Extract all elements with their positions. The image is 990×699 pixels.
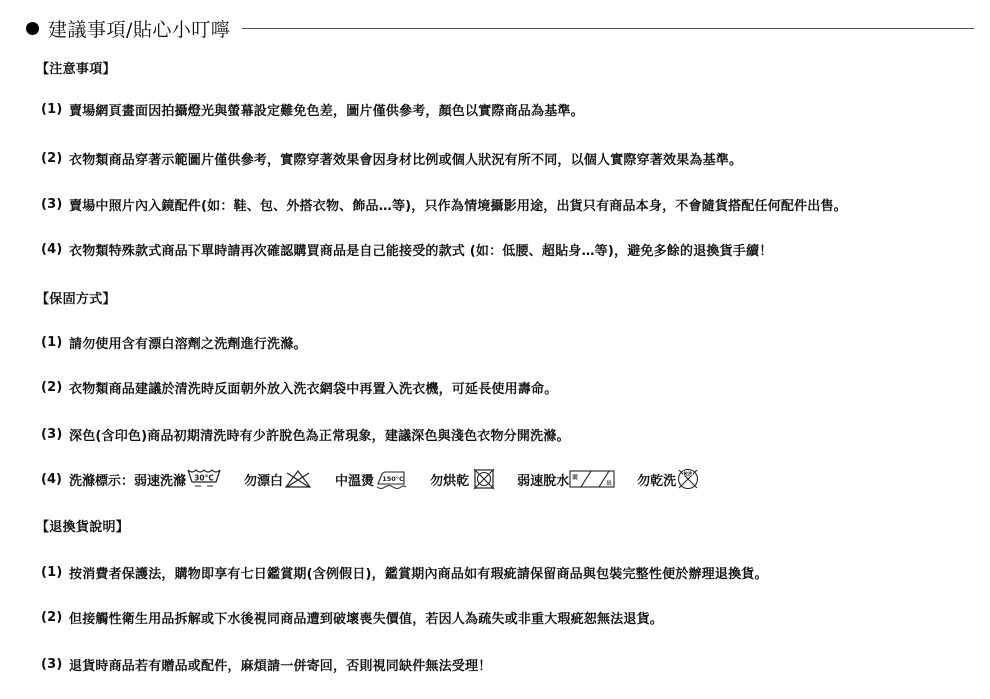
item-number: (3) [41,427,69,442]
item-text: 賣場網頁畫面因拍攝燈光與螢幕設定難免色差，圖片僅供參考，顏色以實際商品為基準。 [69,100,584,119]
notes-item-2: (2) 衣物類商品穿著示範圖片僅供參考，實際穿著效果會因身材比例或個人狀況有所不… [41,149,742,168]
item-text: 賣場中照片內入鏡配件(如：鞋、包、外搭衣物、飾品…等)，只作為情境攝影用途，出貨… [69,195,847,214]
header-divider [242,28,974,29]
care-labels-row: (4) 洗滌標示： 弱速洗滌 30°C 勿漂白 中溫燙 [41,466,722,492]
item-number: (2) [41,151,69,166]
care-symbol-no-tumble-dry: 勿烘乾 [430,468,495,490]
gentle-spin-icon: 弱 出 [569,468,615,490]
item-number: (1) [41,335,69,350]
item-number: (4) [41,242,69,257]
svg-text:出: 出 [606,479,612,487]
item-number: (2) [41,610,69,625]
care-symbol-label: 勿漂白 [244,470,283,489]
item-number: (1) [41,565,69,580]
wash-30c-gentle-icon: 30°C [186,467,222,491]
care-symbol-medium-iron: 中溫燙 150°C [335,467,408,491]
care-symbol-label: 弱速脫水 [517,470,569,489]
bullet-icon [26,22,39,35]
care-item-1: (1) 請勿使用含有漂白溶劑之洗劑進行洗滌。 [41,333,307,352]
iron-150c-icon: 150°C [374,467,408,491]
returns-item-3: (3) 退貨時商品若有贈品或配件，麻煩請一併寄回，否則視同缺件無法受理！ [41,655,491,674]
svg-text:乾洗: 乾洗 [684,470,693,477]
notes-item-3: (3) 賣場中照片內入鏡配件(如：鞋、包、外搭衣物、飾品…等)，只作為情境攝影用… [41,195,847,214]
svg-text:30°C: 30°C [194,474,214,483]
care-symbol-no-bleach: 勿漂白 [244,467,313,491]
page-title: 建議事項/貼心小叮嚀 [48,15,230,42]
care-symbol-label: 勿乾洗 [637,470,676,489]
item-number: (2) [41,380,69,395]
returns-item-2: (2) 但接觸性衛生用品拆解或下水後視同商品遭到破壞喪失價值，若因人為疏失或非重… [41,608,663,627]
item-text: 衣物類特殊款式商品下單時請再次確認購買商品是自己能接受的款式 (如：低腰、超貼身… [69,240,772,259]
no-tumble-dry-icon [473,468,495,490]
section-label-returns: 【退換貨說明】 [36,516,129,535]
section-header: 建議事項/貼心小叮嚀 [26,14,976,42]
no-dry-clean-icon: 乾洗 [676,467,700,491]
svg-text:弱: 弱 [572,473,578,481]
item-number: (3) [41,657,69,672]
care-item-2: (2) 衣物類商品建議於清洗時反面朝外放入洗衣網袋中再置入洗衣機，可延長使用壽命… [41,378,557,397]
care-symbol-gentle-wash: 弱速洗滌 30°C [134,467,222,491]
care-symbol-gentle-spin: 弱速脫水 弱 出 [517,468,615,490]
item-number: (1) [41,102,69,117]
item-text: 按消費者保護法，購物即享有七日鑑賞期(含例假日)，鑑賞期內商品如有瑕疵請保留商品… [69,563,768,582]
section-label-notes: 【注意事項】 [36,58,116,77]
no-bleach-icon [283,467,313,491]
item-number: (4) [41,472,69,487]
svg-text:150°C: 150°C [382,475,404,483]
care-symbol-no-dry-clean: 勿乾洗 乾洗 [637,467,700,491]
item-text: 但接觸性衛生用品拆解或下水後視同商品遭到破壞喪失價值，若因人為疏失或非重大瑕疵恕… [69,608,663,627]
care-item-3: (3) 深色(含印色)商品初期清洗時有少許脫色為正常現象，建議深色與淺色衣物分開… [41,425,570,444]
care-symbol-label: 勿烘乾 [430,470,469,489]
care-symbol-label: 弱速洗滌 [134,470,186,489]
notes-item-4: (4) 衣物類特殊款式商品下單時請再次確認購買商品是自己能接受的款式 (如：低腰… [41,240,772,259]
section-label-care: 【保固方式】 [36,288,116,307]
item-text: 請勿使用含有漂白溶劑之洗劑進行洗滌。 [69,333,307,352]
item-text: 衣物類商品建議於清洗時反面朝外放入洗衣網袋中再置入洗衣機，可延長使用壽命。 [69,378,557,397]
item-text: 深色(含印色)商品初期清洗時有少許脫色為正常現象，建議深色與淺色衣物分開洗滌。 [69,425,570,444]
item-text: 退貨時商品若有贈品或配件，麻煩請一併寄回，否則視同缺件無法受理！ [69,655,491,674]
returns-item-1: (1) 按消費者保護法，購物即享有七日鑑賞期(含例假日)，鑑賞期內商品如有瑕疵請… [41,563,768,582]
care-symbol-label: 中溫燙 [335,470,374,489]
item-number: (3) [41,197,69,212]
care-labels-prefix: 洗滌標示： [69,470,134,489]
item-text: 衣物類商品穿著示範圖片僅供參考，實際穿著效果會因身材比例或個人狀況有所不同，以個… [69,149,742,168]
notes-item-1: (1) 賣場網頁畫面因拍攝燈光與螢幕設定難免色差，圖片僅供參考，顏色以實際商品為… [41,100,584,119]
